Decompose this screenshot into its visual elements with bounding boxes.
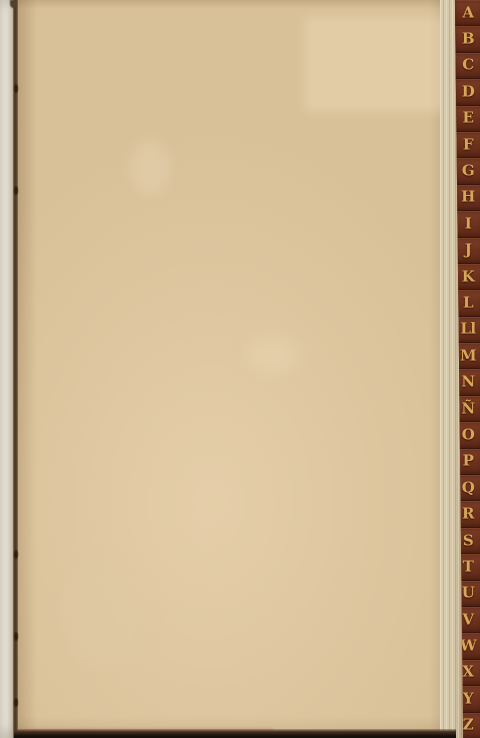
tab-letter: A	[458, 5, 478, 20]
tab-letter: D	[458, 84, 478, 99]
page-stain	[245, 335, 300, 375]
page-stain	[130, 140, 170, 195]
tab-letter: K	[458, 269, 478, 284]
binding-gutter	[13, 0, 18, 738]
corner-mark	[10, 0, 17, 8]
tab-letter: M	[458, 348, 478, 363]
tab-letter: F	[458, 137, 478, 152]
tab-letter: Q	[458, 480, 478, 495]
tab-letter: Ñ	[458, 401, 478, 416]
tab-letter: G	[458, 164, 478, 179]
tab-letter: P	[458, 454, 478, 469]
stitch-mark	[14, 84, 18, 93]
tab-letter: O	[458, 427, 478, 442]
page-light-patch	[304, 16, 450, 112]
page-stain	[60, 560, 150, 670]
tab-letter: Ll	[458, 322, 478, 337]
book-page-scan: ABCDEFGHIJKLLlMNÑOPQRSTUVWXYZ	[0, 0, 480, 738]
stitch-mark	[14, 698, 18, 707]
book-cover-edge	[0, 0, 13, 738]
tab-letter: N	[458, 375, 478, 390]
tab-letter: E	[458, 111, 478, 126]
tab-letter: C	[458, 58, 478, 73]
stitch-mark	[14, 186, 18, 195]
tab-letter: I	[458, 216, 478, 231]
tab-letter: L	[458, 295, 478, 310]
tab-letter: R	[458, 507, 478, 522]
tab-letter: B	[458, 32, 478, 47]
stitch-mark	[14, 550, 18, 559]
page-bottom-edge-shadow	[14, 729, 456, 738]
tab-letter: J	[458, 243, 478, 258]
stitch-mark	[14, 632, 18, 641]
tab-letter: H	[458, 190, 478, 205]
